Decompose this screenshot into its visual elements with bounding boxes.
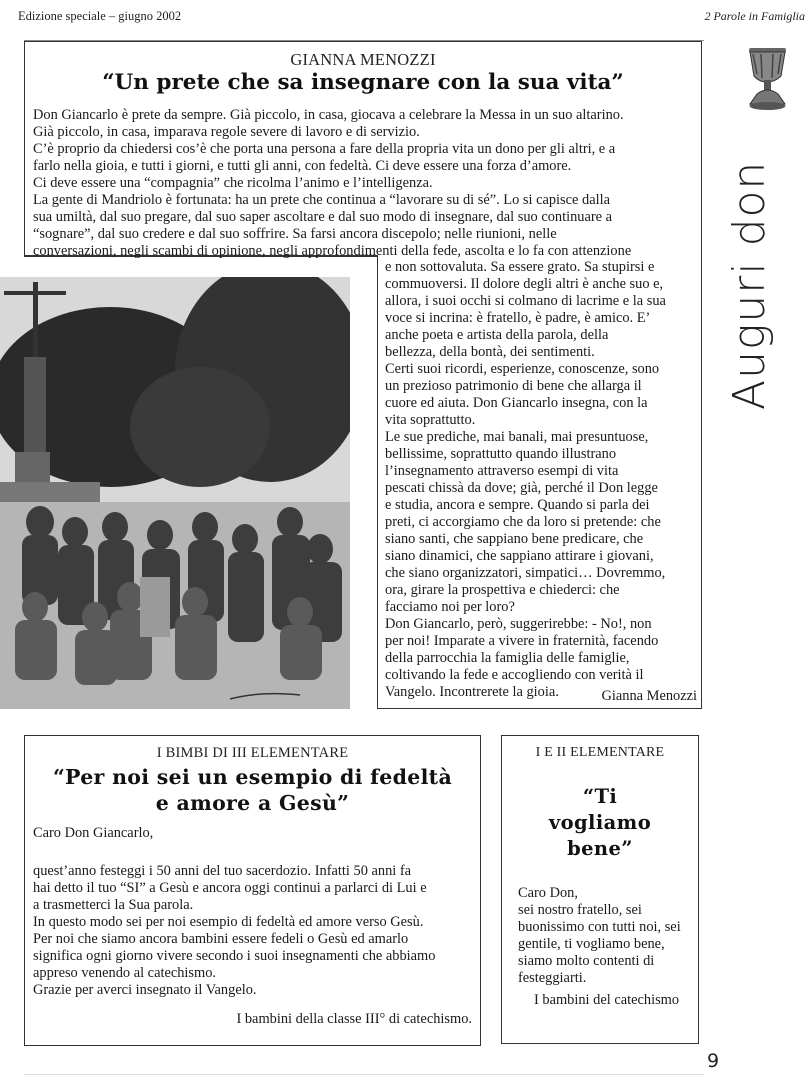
vertical-title: Auguri don (724, 161, 775, 410)
article-author-kicker: GIANNA MENOZZI (24, 50, 702, 70)
first-second-grade-signature: I bambini del catechismo (534, 992, 679, 1009)
letter-line: quest’anno festeggi i 50 anni del tuo sa… (33, 863, 478, 880)
letter-line: appreso venendo al catechismo. (33, 965, 478, 982)
article-line: bellissime, soprattutto quando illustran… (385, 446, 699, 463)
first-second-grade-body: Caro Don, sei nostro fratello, sei buoni… (518, 885, 696, 987)
third-grade-body: quest’anno festeggi i 50 anni del tuo sa… (33, 863, 478, 999)
article-headline: “Un prete che sa insegnare con la sua vi… (24, 70, 702, 95)
article-line: anche poeta e artista della parola, dell… (385, 327, 699, 344)
article-line: bellezza, della bontà, dei sentimenti. (385, 344, 699, 361)
article-line: un prezioso patrimonio di bene che allar… (385, 378, 699, 395)
article-line: l’insegnamento attraverso esempi di vita (385, 463, 699, 480)
letter-line: festeggiarti. (518, 970, 696, 987)
third-grade-greeting: Caro Don Giancarlo, (33, 825, 153, 842)
group-photo (0, 277, 350, 709)
article-line: Don Giancarlo è prete da sempre. Già pic… (33, 107, 699, 124)
first-second-grade-headline-line: “Ti (502, 784, 698, 810)
article-line: pescati chissà da dove; già, perché il D… (385, 480, 699, 497)
first-second-grade-letter-box: I E II ELEMENTARE “Ti vogliamo bene” Car… (501, 735, 699, 1044)
group-photo-image (0, 277, 350, 709)
article-line: per noi! Imparate a vivere in fraternità… (385, 633, 699, 650)
edition-label: Edizione speciale – giugno 2002 (18, 9, 181, 24)
article-line: cuore ed aiuta. Don Giancarlo insegna, c… (385, 395, 699, 412)
article-body-top: Don Giancarlo è prete da sempre. Già pic… (33, 107, 699, 260)
first-second-grade-headline-line: bene” (502, 836, 698, 862)
article-line: Già piccolo, in casa, imparava regole se… (33, 124, 699, 141)
letter-line: hai detto il tuo “SI” a Gesù e ancora og… (33, 880, 478, 897)
article-line: Le sue prediche, mai banali, mai presunt… (385, 429, 699, 446)
article-line: e non sottovaluta. Sa essere grato. Sa s… (385, 259, 699, 276)
third-grade-headline: “Per noi sei un esempio di fedeltà e amo… (25, 764, 480, 816)
article-body-column: e non sottovaluta. Sa essere grato. Sa s… (385, 259, 699, 701)
article-line: vita soprattutto. (385, 412, 699, 429)
letter-line: siamo molto contenti di (518, 953, 696, 970)
publication-title: 2 Parole in Famiglia (704, 9, 805, 24)
article-line: Don Giancarlo, però, suggerirebbe: - No!… (385, 616, 699, 633)
letter-line: Caro Don, (518, 885, 696, 902)
article-heading: GIANNA MENOZZI “Un prete che sa insegnar… (24, 50, 702, 95)
third-grade-headline-line: “Per noi sei un esempio di fedeltà (25, 764, 480, 790)
footer-divider (24, 1074, 704, 1075)
article-line: “sognare”, dal suo credere e dal suo sof… (33, 226, 699, 243)
article-line: e studia, ancora e sempre. Quando si par… (385, 497, 699, 514)
letter-line: In questo modo sei per noi esempio di fe… (33, 914, 478, 931)
letter-line: a trasmetterci la Sua parola. (33, 897, 478, 914)
first-second-grade-kicker: I E II ELEMENTARE (502, 745, 698, 761)
article-line: coltivando la fede e accogliendo con ver… (385, 667, 699, 684)
article-line: C’è proprio da chiedersi cos’è che porta… (33, 141, 699, 158)
article-signature: Gianna Menozzi (602, 688, 698, 705)
third-grade-headline-line: e amore a Gesù” (25, 790, 480, 816)
article-line: della parrocchia la famiglia delle famig… (385, 650, 699, 667)
letter-line: Grazie per averci insegnato il Vangelo. (33, 982, 478, 999)
third-grade-kicker: I BIMBI DI III ELEMENTARE (25, 745, 480, 762)
article-line: siano santi, che sappiano bene predicare… (385, 531, 699, 548)
article-line: voce si incrina: è fratello, è padre, è … (385, 310, 699, 327)
article-line: sua umiltà, dal suo pregare, dal suo sap… (33, 209, 699, 226)
article-line: preti, ci accorgiamo che da loro si pret… (385, 514, 699, 531)
letter-line: Per noi che siamo ancora bambini essere … (33, 931, 478, 948)
letter-line: gentile, ti vogliamo bene, (518, 936, 696, 953)
article-line: ora, girare la prospettiva e chiederci: … (385, 582, 699, 599)
article-line: farlo nella gioia, e tutti i giorni, e t… (33, 158, 699, 175)
article-line: siano dinamici, che sappiano attirare i … (385, 548, 699, 565)
letter-line: sei nostro fratello, sei (518, 902, 696, 919)
article-line: allora, i suoi occhi si colmano di lacri… (385, 293, 699, 310)
chalice-icon (745, 46, 790, 112)
article-line: La gente di Mandriolo è fortunata: ha un… (33, 192, 699, 209)
letter-line: buonissimo con tutti noi, sei (518, 919, 696, 936)
article-line: facciamo noi per loro? (385, 599, 699, 616)
article-line: commuoversi. Il dolore degli altri è anc… (385, 276, 699, 293)
page-number: 9 (707, 1050, 719, 1072)
first-second-grade-headline: “Ti vogliamo bene” (502, 784, 698, 862)
third-grade-signature: I bambini della classe III° di catechism… (236, 1011, 472, 1028)
article-line: che siano organizzatori, simpatici… Dovr… (385, 565, 699, 582)
third-grade-letter-box: I BIMBI DI III ELEMENTARE “Per noi sei u… (24, 735, 481, 1046)
letter-line: significa ogni giorno vivere secondo i s… (33, 948, 478, 965)
first-second-grade-headline-line: vogliamo (502, 810, 698, 836)
article-line: conversazioni, negli scambi di opinione,… (33, 243, 699, 260)
article-line: Ci deve essere una “compagnia” che ricol… (33, 175, 699, 192)
article-line: Certi suoi ricordi, esperienze, conoscen… (385, 361, 699, 378)
